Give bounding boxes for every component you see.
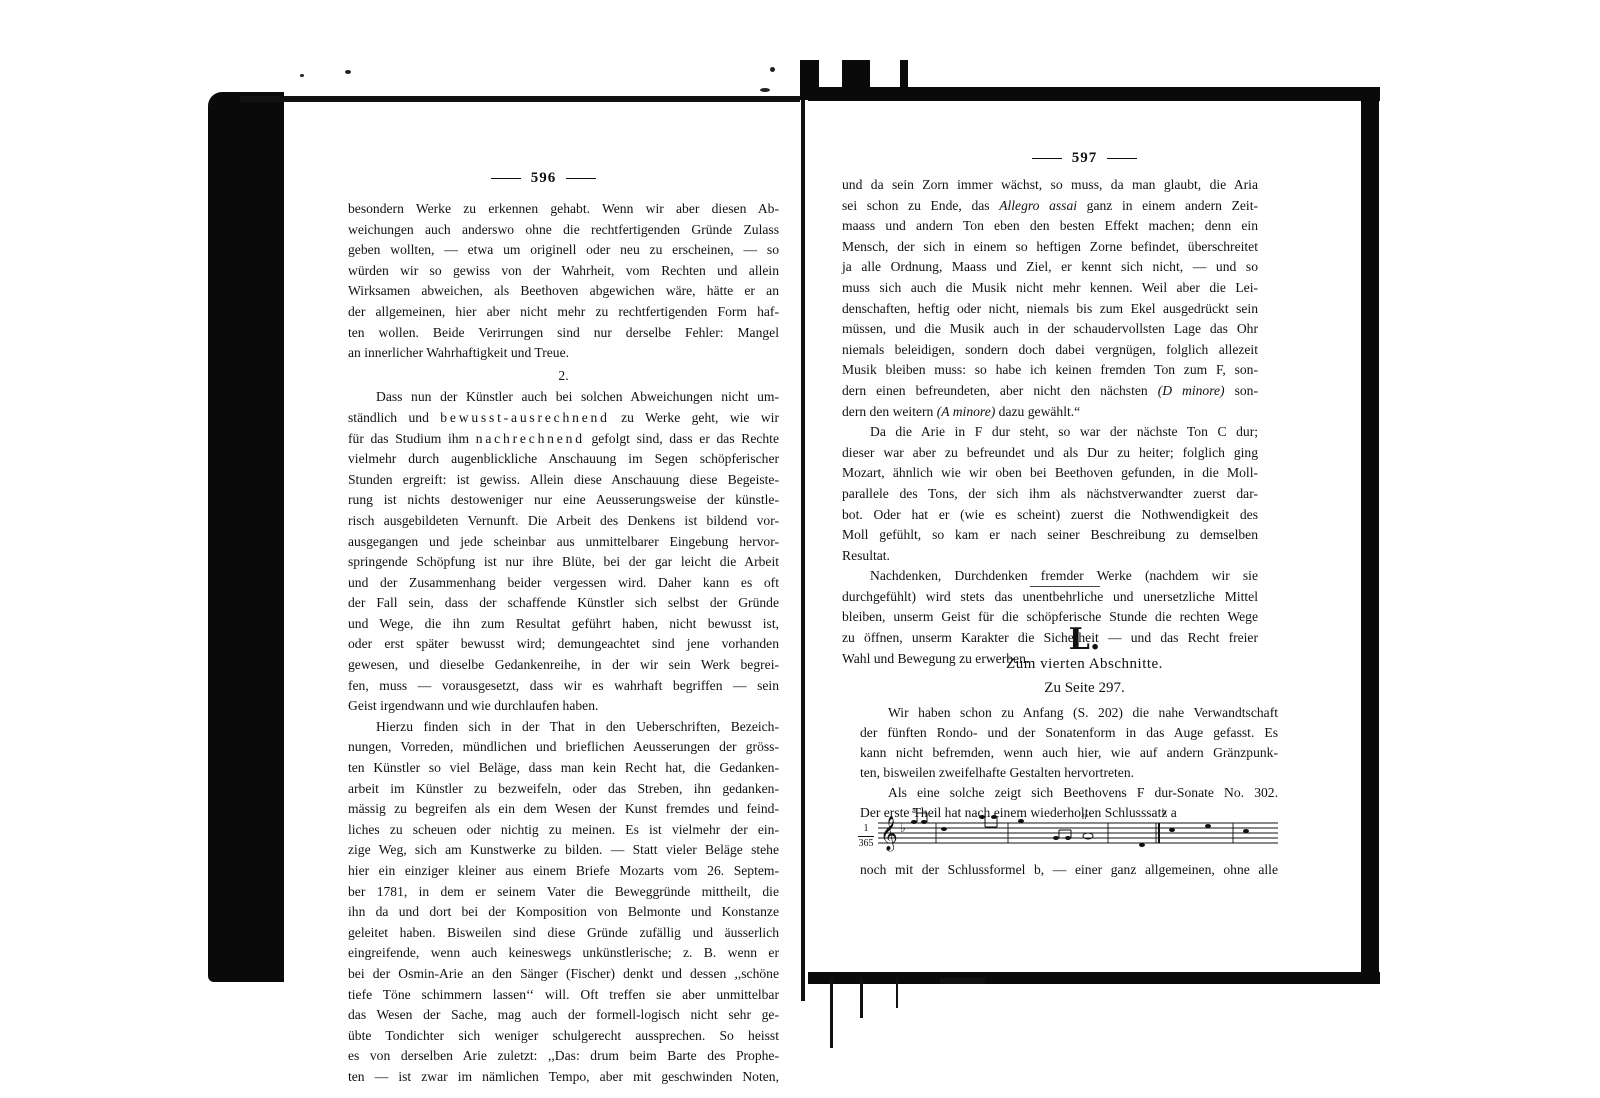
scan-artifact xyxy=(940,978,985,984)
text-line: und der Zusammenhang beider vergessen wi… xyxy=(348,573,779,594)
text-line: ja alle Ordnung, Maass und Ziel, er kenn… xyxy=(842,257,1258,278)
scan-artifact xyxy=(896,978,898,1008)
text-line: Hierzu finden sich in der That in den Ue… xyxy=(348,717,779,738)
scan-speckle xyxy=(345,70,351,74)
text-line: oder erst später bewusst wird; demungeac… xyxy=(348,634,779,655)
text-line: risch ausgebildeten Vernunft. Die Arbeit… xyxy=(348,511,779,532)
text-line: kann nicht befremden, wenn auch hier, wi… xyxy=(860,743,1278,763)
text-line: Mozart, ähnlich wie wir oben bei Beethov… xyxy=(842,463,1258,484)
text-line: Stunden ergreift: ist gewiss. Allein die… xyxy=(348,470,779,491)
text-line: tiefe Töne schimmern lassen‘‘ will. Oft … xyxy=(348,985,779,1006)
text-line: an innerlicher Wahrhaftigkeit und Treue. xyxy=(348,343,779,364)
text-line: springende Schöpfung ist nur ihre Blüte,… xyxy=(348,552,779,573)
text-line: noch mit der Schlussformel b, — einer ga… xyxy=(860,860,1278,880)
italic-term: (A minore) xyxy=(937,404,996,419)
text-line: gewesen, und dieselbe Gedankenreihe, in … xyxy=(348,655,779,676)
svg-text:a: a xyxy=(912,805,916,815)
section-subtitle: Zu Seite 297. xyxy=(808,680,1361,697)
italic-term: Allegro assai xyxy=(999,198,1077,213)
page-number-rule xyxy=(566,178,596,179)
music-example: 1 365 𝄞 ♭ xyxy=(858,805,1278,861)
section-letter: L. xyxy=(808,622,1361,657)
music-staff-icon: 𝄞 ♭ a tr b xyxy=(878,805,1278,861)
section-body-continued: noch mit der Schlussformel b, — einer ga… xyxy=(860,860,1278,880)
page-number-right: 597 xyxy=(808,150,1361,167)
text-line: nungen, Vorreden, mündlichen und briefli… xyxy=(348,737,779,758)
text-line: würden wir so gewiss von der Wahrheit, v… xyxy=(348,261,779,282)
text-line: geben wollten, — etwa um originell oder … xyxy=(348,240,779,261)
section-title: Zum vierten Abschnitte. xyxy=(808,656,1361,673)
text-line: Resultat. xyxy=(842,546,1258,567)
section-separator-rule xyxy=(1030,586,1100,587)
text-line: maass und andern Ton eben den besten Eff… xyxy=(842,216,1258,237)
text-line: ten, bisweilen zweifelhafte Gestalten he… xyxy=(860,763,1278,783)
svg-text:tr: tr xyxy=(1082,811,1089,821)
text-line: durchgefühlt) wird stets das unentbehrli… xyxy=(842,587,1258,608)
text-line: Moll gefühlt, so kam er nach seiner Besc… xyxy=(842,525,1258,546)
text-line: Da die Arie in F dur steht, so war der n… xyxy=(842,422,1258,443)
italic-term: (D minore) xyxy=(1158,383,1225,398)
text-line: Dass nun der Künstler auch bei solchen A… xyxy=(348,387,779,408)
text-line: mässig zu begreifen als ein dem Wesen de… xyxy=(348,799,779,820)
page-number-rule xyxy=(491,178,521,179)
text-line: das Wesen der Sache, mag auch der formel… xyxy=(348,1005,779,1026)
text-line: der Fall sein, dass der schaffende Künst… xyxy=(348,593,779,614)
text-line: dieser war aber zu befreundet und als Du… xyxy=(842,443,1258,464)
text-line: parallele des Tons, der sich ihm als näc… xyxy=(842,484,1258,505)
text-line: denschaften, heftig oder nicht, niemals … xyxy=(842,299,1258,320)
text-line: arbeit im Künstler zu bezweifeln, oder d… xyxy=(348,779,779,800)
right-page: 597 und da sein Zorn immer wächst, so mu… xyxy=(808,100,1361,972)
scan-speckle xyxy=(300,74,304,77)
scan-speckle xyxy=(760,88,770,92)
emphasized-word: nachrechnend xyxy=(476,431,585,446)
text-line: niemals beleidigen, sondern doch dabei v… xyxy=(842,340,1258,361)
text-line: sei schon zu Ende, das Allegro assai gan… xyxy=(842,196,1258,217)
right-page-bottom-edge xyxy=(808,972,1380,984)
text-line: ten Künstler so viel Beläge, dass man ke… xyxy=(348,758,779,779)
music-example-reference: 1 365 xyxy=(858,823,874,850)
scan-artifact xyxy=(830,978,833,1048)
text-line: bot. Oder hat er (wie es scheint) zuerst… xyxy=(842,505,1258,526)
scan-speckle xyxy=(770,67,775,72)
text-line: der allgemeinen, hier aber nicht mehr zu… xyxy=(348,302,779,323)
svg-text:𝄞: 𝄞 xyxy=(880,816,898,852)
text-line: eingreifende, wenn auch keineswegs unkün… xyxy=(348,943,779,964)
text-line: bei der Osmin-Arie an den Sänger (Fische… xyxy=(348,964,779,985)
text-line: besondern Werke zu erkennen gehabt. Wenn… xyxy=(348,199,779,220)
left-page: 596 besondern Werke zu erkennen gehabt. … xyxy=(286,100,801,980)
section-number: 2. xyxy=(348,366,779,387)
text-line: vielmehr durch augenblickliche Anschauun… xyxy=(348,449,779,470)
text-line: liches zu scheuen oder nichtig zu meinen… xyxy=(348,820,779,841)
text-line: Geist irgendwann und wie durchlaufen hab… xyxy=(348,696,779,717)
text-line: für das Studium ihm nachrechnend gefolgt… xyxy=(348,429,779,450)
text-line: Als eine solche zeigt sich Beethovens F … xyxy=(860,783,1278,803)
text-line: Wir haben schon zu Anfang (S. 202) die n… xyxy=(860,703,1278,723)
text-line: Musik bleiben muss: so habe ich keinen f… xyxy=(842,360,1258,381)
text-line: Mensch, der sich in einem so heftigen Zo… xyxy=(842,237,1258,258)
text-line: müssen, und die Musik auch in der schaud… xyxy=(842,319,1258,340)
left-book-cover-edge xyxy=(208,92,284,982)
emphasized-word: bewusst-ausrechnend xyxy=(440,410,609,425)
text-line: es von derselben Arie zuletzt: ,,Das: dr… xyxy=(348,1046,779,1067)
text-line: ausgegangen und jede scheinbar aus unmit… xyxy=(348,532,779,553)
left-page-body: besondern Werke zu erkennen gehabt. Wenn… xyxy=(348,199,779,1088)
text-line: Nachdenken, Durchdenken fremder Werke (n… xyxy=(842,566,1258,587)
text-line: weichungen auch anderswo ohne die rechtf… xyxy=(348,220,779,241)
text-line: ihn da und dort bei der Komposition von … xyxy=(348,902,779,923)
text-line: übte Tondichter sich weniger schulgerech… xyxy=(348,1026,779,1047)
text-line: der fünften Rondo- und der Sonatenform i… xyxy=(860,723,1278,743)
gutter-scan-artifact xyxy=(900,60,908,88)
page-number-rule xyxy=(1107,158,1137,159)
right-page-side-edge xyxy=(1361,98,1379,983)
text-line: ten — ist zwar im nämlichen Tempo, aber … xyxy=(348,1067,779,1088)
text-line: hier ein einziger kleiner aus einem Brie… xyxy=(348,861,779,882)
right-page-body: und da sein Zorn immer wächst, so muss, … xyxy=(842,175,1258,669)
scan-artifact xyxy=(860,978,863,1018)
page-number-rule xyxy=(1032,158,1062,159)
svg-text:b: b xyxy=(1162,807,1167,817)
book-gutter xyxy=(801,96,805,1001)
text-line: ber 1781, in dem er seinem Vater die Bew… xyxy=(348,882,779,903)
text-line: dern einen befreundeten, aber nicht den … xyxy=(842,381,1258,402)
right-page-top-edge xyxy=(808,87,1380,101)
text-line: und Wege, die ihn zum Resultat geführt h… xyxy=(348,614,779,635)
text-line: zige Weg, sich am Kunstwerke zu bilden. … xyxy=(348,840,779,861)
text-line: Wirksamen abweichen, als Beethoven abgew… xyxy=(348,281,779,302)
text-line: fen, muss — vorausgesetzt, dass wir es w… xyxy=(348,676,779,697)
text-line: und da sein Zorn immer wächst, so muss, … xyxy=(842,175,1258,196)
text-line: ten wollen. Beide Verirrungen sind nur d… xyxy=(348,323,779,344)
text-line: dern den weitern (A minore) dazu gewählt… xyxy=(842,402,1258,423)
text-line: muss sich auch die Musik nicht mehr kenn… xyxy=(842,278,1258,299)
page-number-left: 596 xyxy=(286,170,801,187)
gutter-scan-artifact xyxy=(842,60,870,90)
text-line: rung ist nichts destoweniger nur eine Ae… xyxy=(348,490,779,511)
text-line: geleitet haben. Bisweilen sind diese Grü… xyxy=(348,923,779,944)
svg-text:♭: ♭ xyxy=(900,821,906,835)
text-line: ständlich und bewusst-ausrechnend zu Wer… xyxy=(348,408,779,429)
